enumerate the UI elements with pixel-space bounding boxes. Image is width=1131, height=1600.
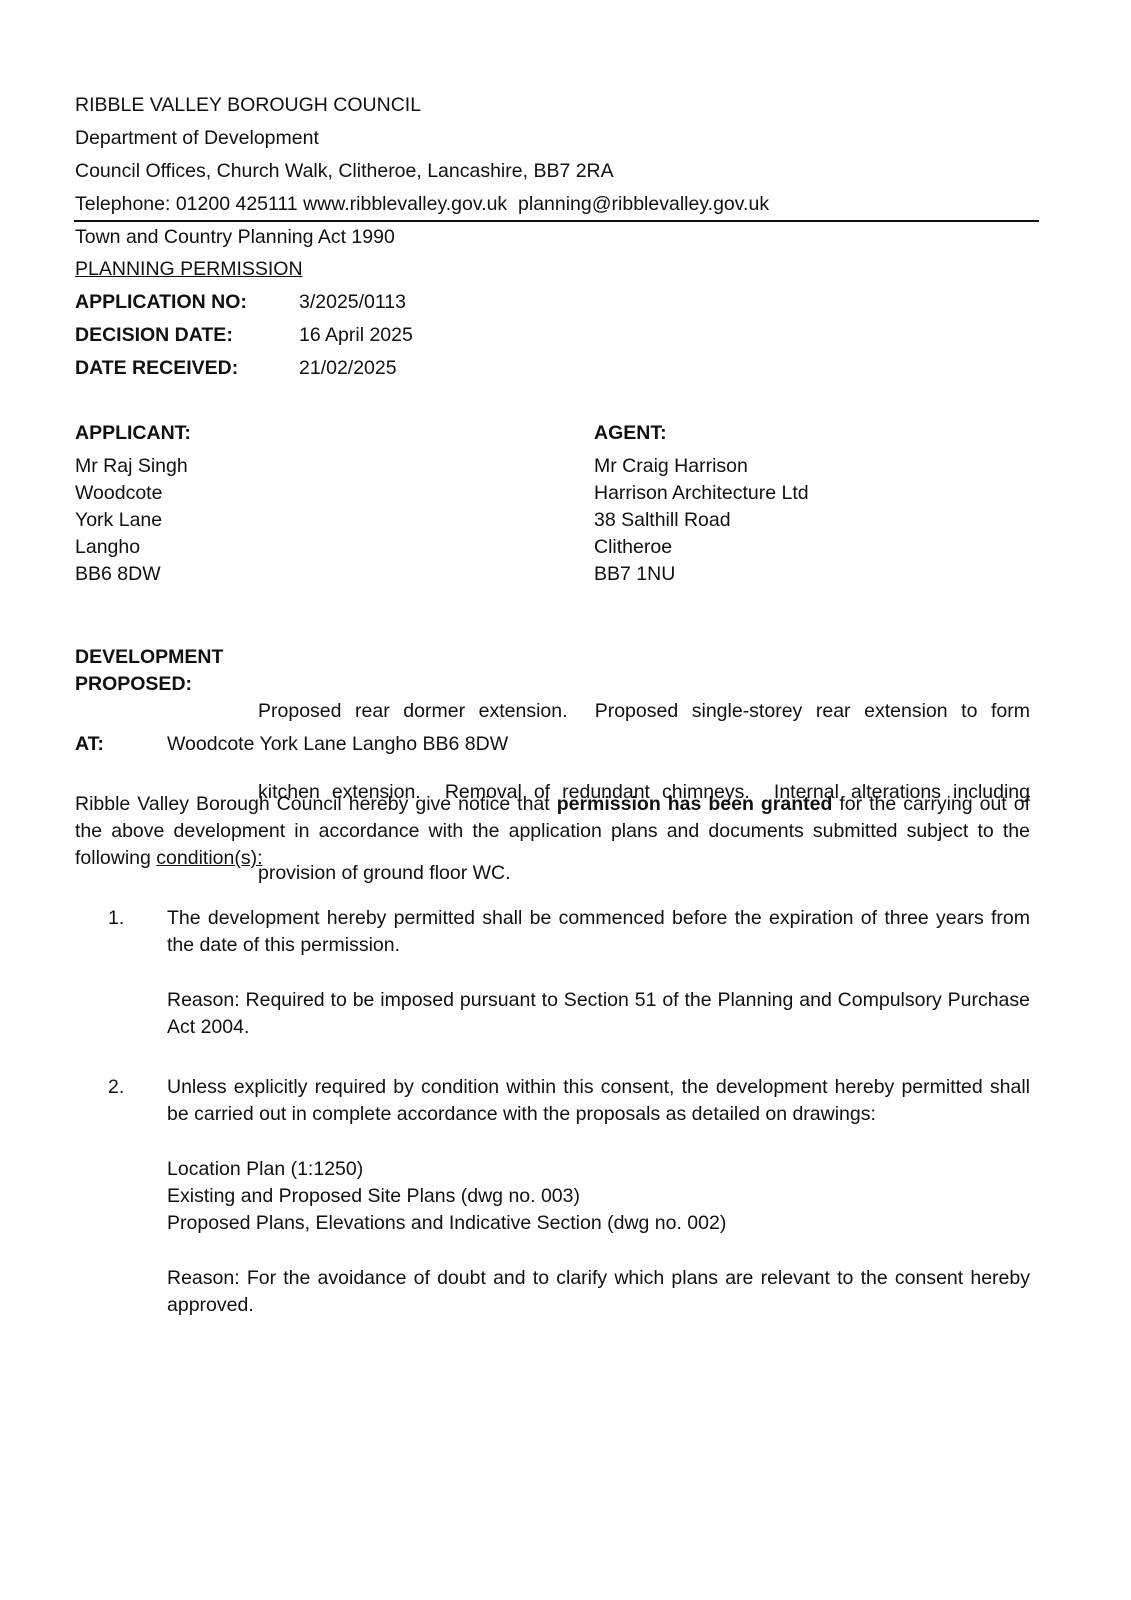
- agent-line: Clitheroe: [594, 534, 809, 561]
- council-contact: Telephone: 01200 425111 www.ribblevalley…: [75, 188, 769, 221]
- condition-text: Unless explicitly required by condition …: [167, 1074, 1030, 1128]
- drawing-item: Proposed Plans, Elevations and Indicativ…: [167, 1210, 726, 1237]
- agent-line: Mr Craig Harrison: [594, 453, 809, 480]
- decision-date-label: DECISION DATE:: [75, 319, 233, 352]
- date-received-value: 21/02/2025: [299, 352, 397, 385]
- decision-type: PLANNING PERMISSION: [75, 253, 303, 286]
- application-no-value: 3/2025/0113: [299, 286, 406, 319]
- condition-reason: Reason: Required to be imposed pursuant …: [167, 987, 1030, 1041]
- site-label: AT:: [75, 731, 104, 758]
- act-title: Town and Country Planning Act 1990: [75, 221, 395, 254]
- condition-number: 2.: [108, 1074, 124, 1101]
- conditions-heading: condition(s):: [156, 847, 262, 869]
- applicant-line: Woodcote: [75, 480, 188, 507]
- applicant-line: BB6 8DW: [75, 561, 188, 588]
- planning-permission-notice: RIBBLE VALLEY BOROUGH COUNCIL Department…: [0, 0, 1131, 1600]
- development-label-line2: PROPOSED:: [75, 671, 223, 698]
- condition-reason: Reason: For the avoidance of doubt and t…: [167, 1265, 1030, 1319]
- approved-drawings-list: Location Plan (1:1250) Existing and Prop…: [167, 1156, 726, 1237]
- notice-granted-text: permission has been granted: [557, 793, 833, 815]
- condition-number: 1.: [108, 905, 124, 932]
- date-received-label: DATE RECEIVED:: [75, 352, 238, 385]
- notice-text: Ribble Valley Borough Council hereby giv…: [75, 793, 557, 815]
- agent-address: Mr Craig Harrison Harrison Architecture …: [594, 453, 809, 588]
- site-address: Woodcote York Lane Langho BB6 8DW: [167, 731, 508, 758]
- council-address: Council Offices, Church Walk, Clitheroe,…: [75, 155, 614, 188]
- applicant-line: Mr Raj Singh: [75, 453, 188, 480]
- council-name: RIBBLE VALLEY BOROUGH COUNCIL: [75, 89, 421, 122]
- agent-line: 38 Salthill Road: [594, 507, 809, 534]
- condition-text: The development hereby permitted shall b…: [167, 905, 1030, 959]
- department-name: Department of Development: [75, 122, 319, 155]
- development-line: Proposed rear dormer extension. Proposed…: [258, 698, 1030, 725]
- applicant-address: Mr Raj Singh Woodcote York Lane Langho B…: [75, 453, 188, 588]
- drawing-item: Existing and Proposed Site Plans (dwg no…: [167, 1183, 726, 1210]
- development-label: DEVELOPMENT PROPOSED:: [75, 644, 223, 698]
- drawing-item: Location Plan (1:1250): [167, 1156, 726, 1183]
- applicant-line: York Lane: [75, 507, 188, 534]
- applicant-heading: APPLICANT:: [75, 417, 191, 450]
- agent-line: Harrison Architecture Ltd: [594, 480, 809, 507]
- applicant-line: Langho: [75, 534, 188, 561]
- development-label-line1: DEVELOPMENT: [75, 644, 223, 671]
- permission-notice: Ribble Valley Borough Council hereby giv…: [75, 791, 1030, 872]
- agent-line: BB7 1NU: [594, 561, 809, 588]
- application-no-label: APPLICATION NO:: [75, 286, 247, 319]
- agent-heading: AGENT:: [594, 417, 667, 450]
- decision-date-value: 16 April 2025: [299, 319, 413, 352]
